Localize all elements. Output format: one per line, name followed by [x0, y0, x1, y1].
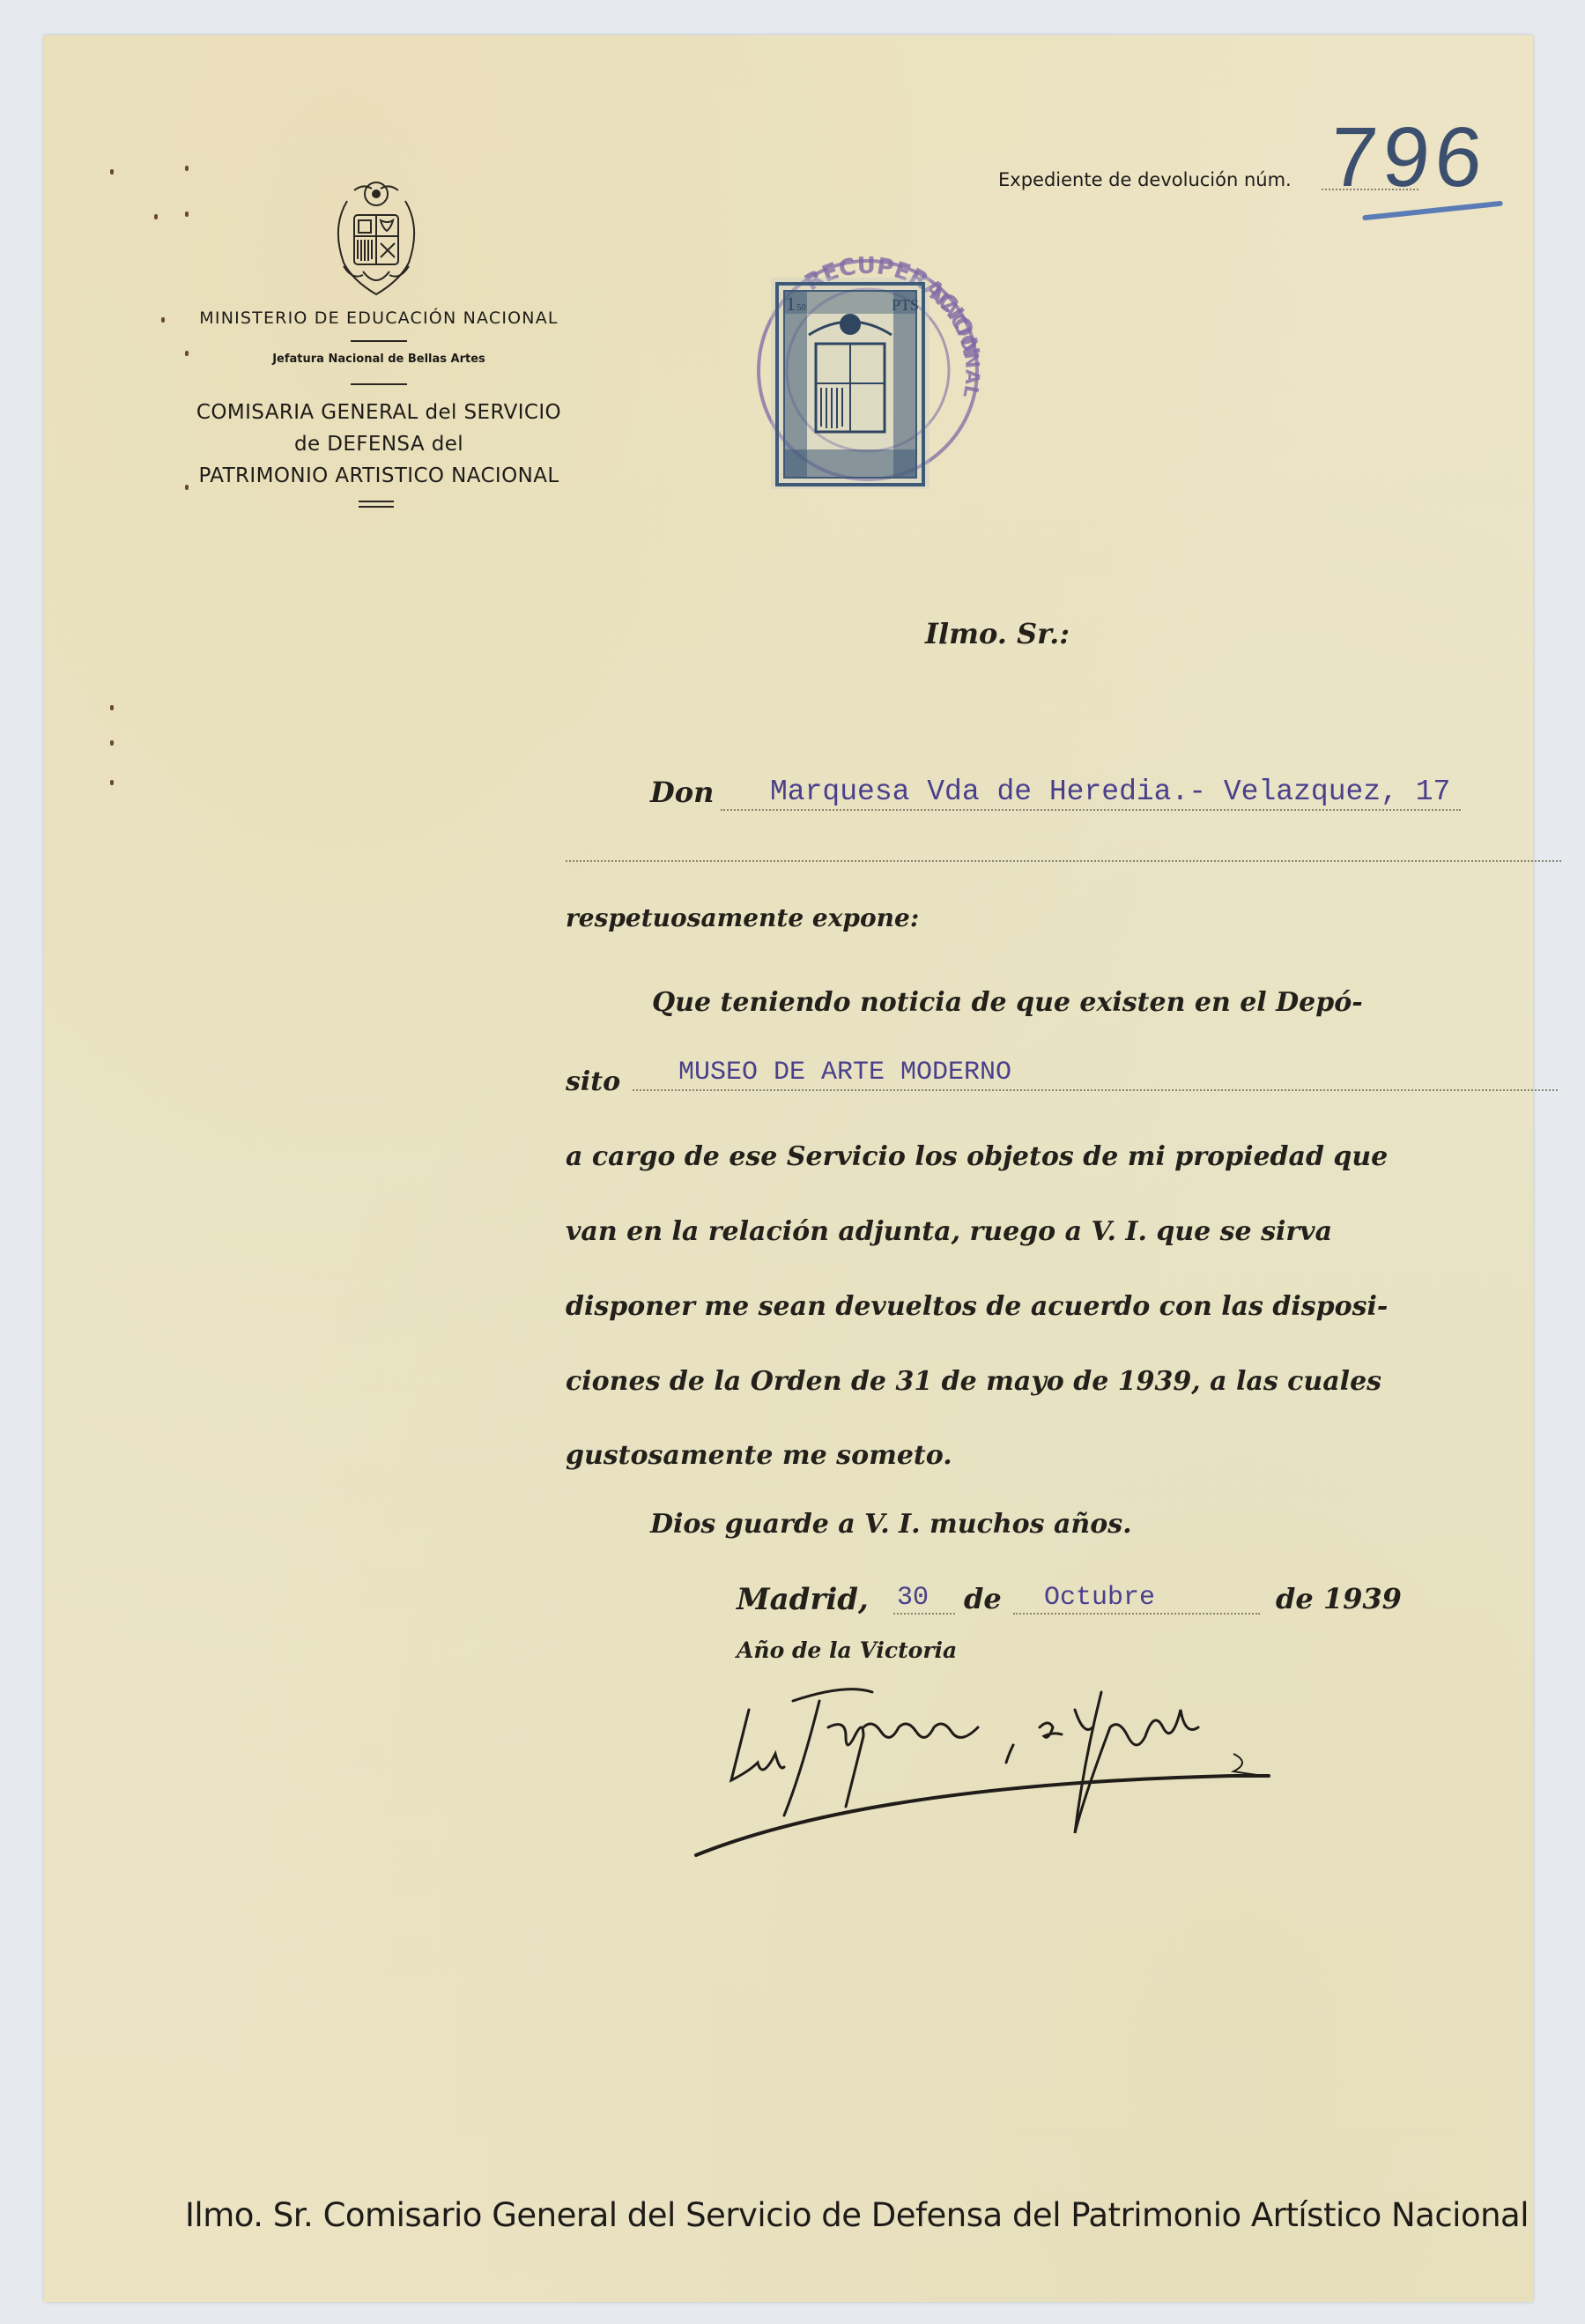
paragraph-line: van en la relación adjunta, ruego a V. I… [566, 1216, 1332, 1247]
file-number-label: Expediente de devolución núm. [998, 169, 1292, 190]
respectfully-heading: respetuosamente expone: [566, 903, 919, 932]
deposit-dotted-line [633, 1089, 1558, 1091]
svg-text:NACIONAL: NACIONAL [924, 283, 982, 399]
spanish-coat-of-arms-icon [328, 174, 425, 298]
rust-spot [185, 485, 189, 490]
rust-spot [110, 169, 114, 174]
date-day: 30 [897, 1583, 929, 1613]
svg-text:1: 1 [786, 293, 796, 315]
date-year: de 1939 [1276, 1582, 1402, 1615]
paragraph-line: ciones de la Orden de 31 de mayo de 1939… [566, 1366, 1381, 1397]
revenue-stamp-with-seal: RECUPERACION NACIONAL 1 50 PTS [722, 238, 1013, 494]
don-continuation-line [566, 860, 1561, 862]
svg-text:PTS: PTS [892, 296, 919, 314]
rust-spot [185, 166, 189, 171]
revenue-stamp-icon: 1 50 PTS [771, 278, 930, 489]
applicant-name-address: Marquesa Vda de Heredia.- Velazquez, 17 [770, 776, 1450, 808]
date-month: Octubre [1044, 1583, 1155, 1613]
department-heading: Jefatura Nacional de Bellas Artes [194, 353, 564, 366]
month-dotted-line [1013, 1613, 1260, 1615]
don-dotted-line [721, 809, 1461, 811]
day-dotted-line [893, 1613, 955, 1615]
don-label: Don [650, 776, 714, 809]
rust-spot [110, 780, 114, 785]
svg-text:50: 50 [796, 302, 807, 313]
closing-formula: Dios guarde a V. I. muchos años. [650, 1509, 1132, 1540]
commission-line: COMISARIA GENERAL del SERVICIO [176, 397, 581, 428]
ministry-heading: MINISTERIO DE EDUCACIÓN NACIONAL [194, 308, 564, 328]
commission-line: de DEFENSA del [176, 428, 581, 460]
rust-spot [161, 317, 165, 323]
paragraph-line: a cargo de ese Servicio los objetos de m… [566, 1141, 1388, 1172]
paragraph-line: gustosamente me someto. [566, 1440, 952, 1471]
rust-spot [185, 212, 189, 217]
paragraph-line: sito [566, 1066, 620, 1097]
file-number-handwritten: 796 [1327, 109, 1491, 206]
commission-heading: COMISARIA GENERAL del SERVICIO de DEFENS… [176, 397, 581, 492]
date-place: Madrid, [737, 1582, 869, 1617]
double-rule [359, 501, 394, 508]
letterhead-divider [351, 383, 407, 385]
letterhead-divider [351, 340, 407, 342]
commission-line: PATRIMONIO ARTISTICO NACIONAL [176, 460, 581, 492]
footer-addressee: Ilmo. Sr. Comisario General del Servicio… [185, 2196, 1529, 2234]
paragraph-line: Que teniendo noticia de que existen en e… [652, 987, 1363, 1018]
handwritten-signature [687, 1666, 1463, 1877]
date-connector: de [964, 1582, 1002, 1615]
rust-spot [154, 214, 158, 219]
paragraph-line: disponer me sean devueltos de acuerdo co… [566, 1291, 1388, 1322]
rust-spot [110, 740, 114, 746]
salutation: Ilmo. Sr.: [925, 617, 1070, 650]
document-page: MINISTERIO DE EDUCACIÓN NACIONAL Jefatur… [44, 35, 1533, 2302]
era-label: Año de la Victoria [737, 1637, 957, 1663]
deposit-name: MUSEO DE ARTE MODERNO [678, 1058, 1011, 1088]
rust-spot [110, 705, 114, 710]
rust-spot [185, 351, 189, 356]
